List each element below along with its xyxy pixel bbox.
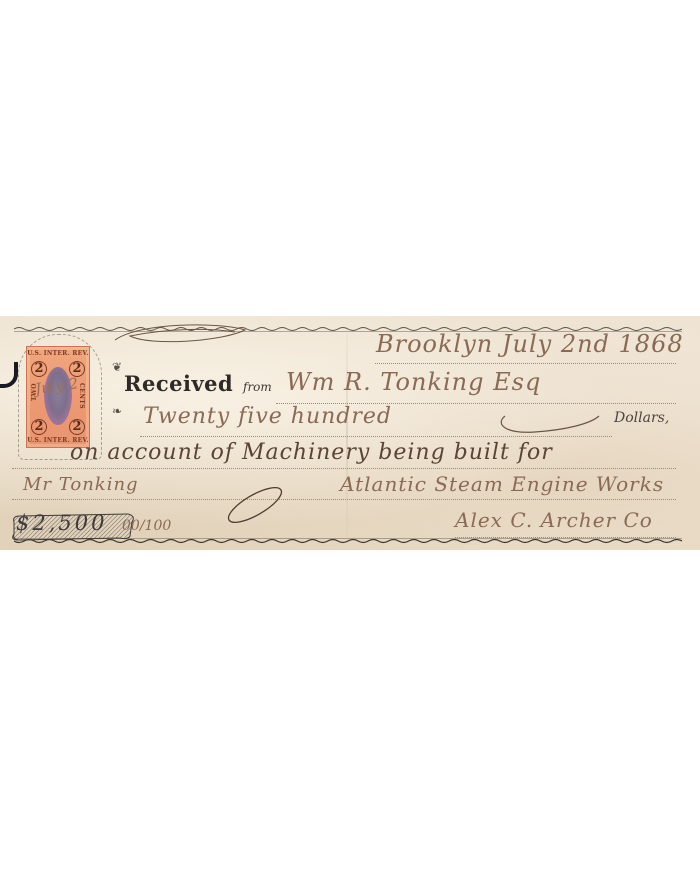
payer-name: Wm R. Tonking Esq [286, 368, 541, 396]
works-name: Atlantic Steam Engine Works [340, 472, 664, 496]
ruled-line-purpose [12, 468, 676, 469]
amount-flourish [495, 410, 605, 440]
pen-flourish [110, 320, 250, 350]
scroll-ornament-icon: ❧ [112, 404, 122, 418]
stamp-denomination: 2 [31, 419, 47, 435]
amount-in-words: Twenty five hundred [143, 404, 392, 429]
signature: Alex C. Archer Co [455, 508, 653, 532]
revenue-stamp: U.S. INTER. REV. 2 2 2 2 TWO CENTS July … [26, 346, 90, 448]
ruled-line-date [375, 363, 676, 364]
amount-cents: 00/100 [122, 518, 171, 534]
scroll-ornament-icon: ❦ [112, 360, 122, 374]
dollars-label: Dollars, [614, 410, 669, 426]
stamp-denomination: 2 [69, 419, 85, 435]
stamp-denomination: 2 [31, 361, 47, 377]
stamp-top-text: U.S. INTER. REV. [27, 350, 89, 357]
amount-figure: $2,500 [16, 511, 107, 535]
purpose-line-2: Mr Tonking [23, 474, 139, 495]
ruled-line-signature [455, 537, 676, 538]
from-label: from [243, 380, 272, 394]
ruled-line-purpose-2 [12, 499, 676, 500]
received-heading: Received [124, 371, 233, 396]
stamp-cancellation: July 2 [34, 374, 82, 398]
place-and-date: Brooklyn July 2nd 1868 [376, 330, 684, 358]
pen-flourish-loop [215, 480, 295, 530]
purpose-line-1: on account of Machinery being built for [70, 440, 553, 465]
paper-fold [346, 316, 348, 550]
